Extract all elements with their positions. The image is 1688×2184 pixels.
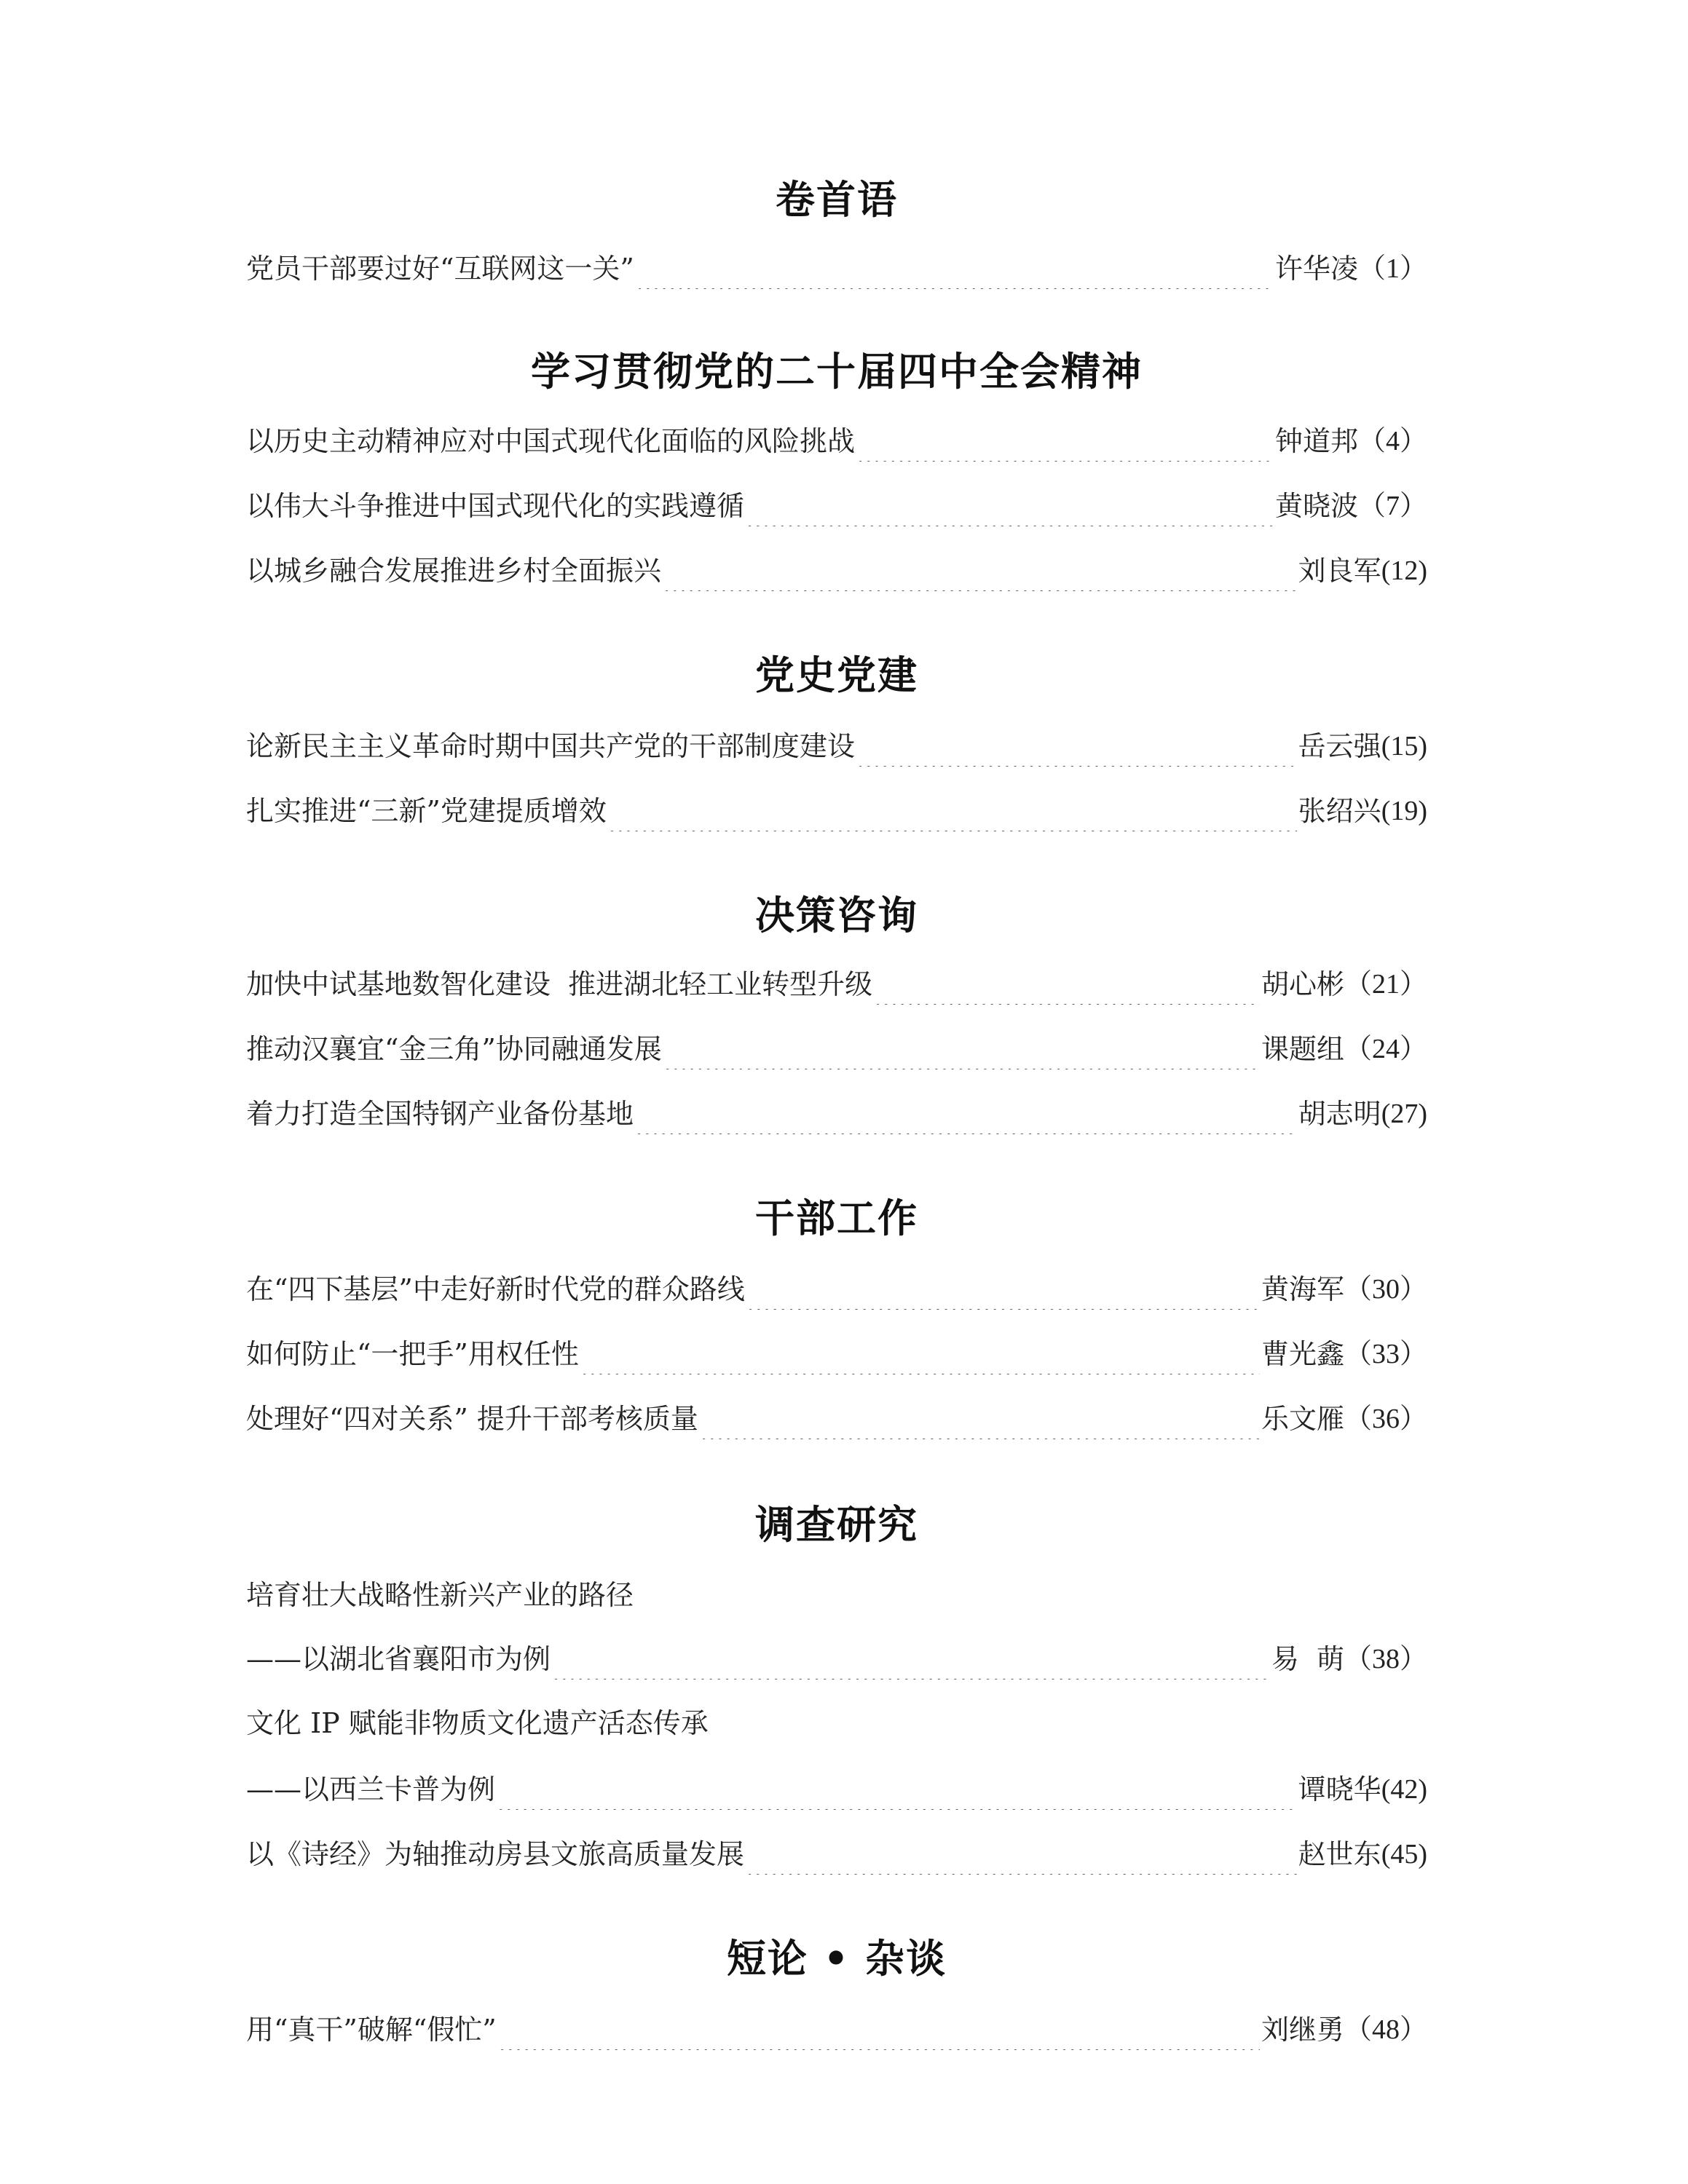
entry-author: 曹光鑫 bbox=[1261, 1334, 1344, 1374]
section-heading-plenary-spirit: 学习贯彻党的二十届四中全会精神 bbox=[246, 347, 1427, 397]
entry-title: 在“四下基层”中走好新时代党的群众路线 bbox=[246, 1269, 745, 1310]
entry-page-number: （24） bbox=[1344, 1029, 1427, 1069]
dot-leader bbox=[663, 1029, 1260, 1069]
toc-entry[interactable]: 扎实推进“三新”党建提质增效 张绍兴 (19) bbox=[246, 791, 1427, 831]
dot-leader bbox=[856, 726, 1297, 767]
entry-author: 赵世东 bbox=[1298, 1834, 1381, 1875]
entry-page-number: （38） bbox=[1344, 1639, 1427, 1679]
toc-entry[interactable]: 党员干部要过好“互联网这一关” 许华凌 （1） bbox=[246, 248, 1427, 289]
entry-title: 以《诗经》为轴推动房县文旅高质量发展 bbox=[246, 1834, 744, 1875]
entry-author: 易 萌 bbox=[1271, 1639, 1344, 1679]
entry-page-number: （4） bbox=[1358, 421, 1427, 462]
entry-title: 以伟大斗争推进中国式现代化的实践遵循 bbox=[246, 486, 744, 526]
entry-title: 培育壮大战略性新兴产业的路径 bbox=[246, 1575, 634, 1615]
dot-leader bbox=[874, 964, 1260, 1005]
entry-page-number: （1） bbox=[1358, 248, 1427, 289]
dot-leader bbox=[663, 550, 1297, 591]
toc-entry[interactable]: 以《诗经》为轴推动房县文旅高质量发展 赵世东 (45) bbox=[246, 1834, 1427, 1875]
entry-author: 胡心彬 bbox=[1261, 964, 1344, 1005]
toc-entry-title-line[interactable]: 培育壮大战略性新兴产业的路径 bbox=[246, 1575, 1427, 1615]
table-of-contents-page: 卷首语 党员干部要过好“互联网这一关” 许华凌 （1） 学习贯彻党的二十届四中全… bbox=[0, 0, 1688, 2184]
dot-leader bbox=[746, 1834, 1297, 1875]
entry-page-number: （21） bbox=[1344, 964, 1427, 1005]
entry-title: 以历史主动精神应对中国式现代化面临的风险挑战 bbox=[246, 421, 855, 462]
entry-page-number: （36） bbox=[1344, 1398, 1427, 1439]
entry-author: 岳云强 bbox=[1298, 726, 1381, 767]
section-heading-short-essays: 短论 • 杂谈 bbox=[246, 1934, 1427, 1985]
toc-entry[interactable]: 以历史主动精神应对中国式现代化面临的风险挑战 钟道邦 （4） bbox=[246, 421, 1427, 462]
entry-page-number: (45) bbox=[1381, 1834, 1427, 1875]
toc-entry-subtitle-line[interactable]: ——以湖北省襄阳市为例 易 萌 （38） bbox=[246, 1639, 1427, 1679]
toc-entry[interactable]: 如何防止“一把手”用权任性 曹光鑫 （33） bbox=[246, 1334, 1427, 1374]
entry-title: 着力打造全国特钢产业备份基地 bbox=[246, 1093, 634, 1134]
entry-author: 许华凌 bbox=[1275, 248, 1358, 289]
entry-title: 以城乡融合发展推进乡村全面振兴 bbox=[246, 550, 661, 591]
entry-page-number: (42) bbox=[1381, 1769, 1427, 1810]
entry-author: 刘良军 bbox=[1298, 550, 1381, 591]
entry-author: 课题组 bbox=[1261, 1029, 1344, 1069]
entry-title: 扎实推进“三新”党建提质增效 bbox=[246, 791, 607, 831]
entry-title: 党员干部要过好“互联网这一关” bbox=[246, 248, 634, 289]
dot-leader bbox=[580, 1334, 1260, 1374]
dot-leader bbox=[552, 1639, 1270, 1679]
toc-entry[interactable]: 以伟大斗争推进中国式现代化的实践遵循 黄晓波 （7） bbox=[246, 486, 1427, 526]
toc-entry[interactable]: 论新民主主义革命时期中国共产党的干部制度建设 岳云强 (15) bbox=[246, 726, 1427, 767]
toc-entry[interactable]: 以城乡融合发展推进乡村全面振兴 刘良军 (12) bbox=[246, 550, 1427, 591]
entry-author: 胡志明 bbox=[1298, 1093, 1381, 1134]
toc-entry[interactable]: 用“真干”破解“假忙” 刘继勇 （48） bbox=[246, 2009, 1427, 2050]
section-heading-foreword: 卷首语 bbox=[246, 175, 1427, 226]
dot-leader bbox=[746, 486, 1274, 526]
dot-leader bbox=[497, 1769, 1297, 1810]
entry-subtitle: ——以西兰卡普为例 bbox=[246, 1769, 495, 1810]
entry-page-number: (19) bbox=[1381, 791, 1427, 831]
entry-title: 推动汉襄宜“金三角”协同融通发展 bbox=[246, 1029, 662, 1069]
dot-leader bbox=[498, 2009, 1260, 2050]
entry-author: 谭晓华 bbox=[1298, 1769, 1381, 1810]
toc-entry[interactable]: 推动汉襄宜“金三角”协同融通发展 课题组 （24） bbox=[246, 1029, 1427, 1069]
toc-entry[interactable]: 处理好“四对关系” 提升干部考核质量 乐文雁 （36） bbox=[246, 1398, 1427, 1439]
entry-page-number: （33） bbox=[1344, 1334, 1427, 1374]
entry-author: 刘继勇 bbox=[1261, 2009, 1344, 2050]
dot-leader bbox=[856, 421, 1274, 462]
section-heading-cadre-work: 干部工作 bbox=[246, 1193, 1427, 1244]
section-heading-policy-consulting: 决策咨询 bbox=[246, 890, 1427, 941]
dot-leader bbox=[700, 1398, 1260, 1439]
entry-author: 钟道邦 bbox=[1275, 421, 1358, 462]
dot-leader bbox=[636, 248, 1274, 289]
entry-page-number: （7） bbox=[1358, 486, 1427, 526]
toc-entry-subtitle-line[interactable]: ——以西兰卡普为例 谭晓华 (42) bbox=[246, 1769, 1427, 1810]
toc-entry[interactable]: 着力打造全国特钢产业备份基地 胡志明 (27) bbox=[246, 1093, 1427, 1134]
entry-page-number: （30） bbox=[1344, 1269, 1427, 1310]
entry-author: 乐文雁 bbox=[1261, 1398, 1344, 1439]
toc-entry-title-line[interactable]: 文化 IP 赋能非物质文化遗产活态传承 bbox=[246, 1703, 1427, 1744]
entry-page-number: （48） bbox=[1344, 2009, 1427, 2050]
entry-subtitle: ——以湖北省襄阳市为例 bbox=[246, 1639, 551, 1679]
entry-author: 张绍兴 bbox=[1298, 791, 1381, 831]
entry-title: 论新民主主义革命时期中国共产党的干部制度建设 bbox=[246, 726, 855, 767]
entry-page-number: (27) bbox=[1381, 1093, 1427, 1134]
entry-title: 如何防止“一把手”用权任性 bbox=[246, 1334, 579, 1374]
entry-title: 处理好“四对关系” 提升干部考核质量 bbox=[246, 1398, 698, 1439]
dot-leader bbox=[635, 1093, 1297, 1134]
dot-leader bbox=[746, 1269, 1260, 1310]
entry-title: 用“真干”破解“假忙” bbox=[246, 2009, 497, 2050]
entry-title: 加快中试基地数智化建设 推进湖北轻工业转型升级 bbox=[246, 964, 872, 1005]
section-heading-investigation-research: 调查研究 bbox=[246, 1500, 1427, 1551]
entry-page-number: (12) bbox=[1381, 550, 1427, 591]
section-heading-party-history: 党史党建 bbox=[246, 650, 1427, 701]
dot-leader bbox=[608, 791, 1297, 831]
entry-title: 文化 IP 赋能非物质文化遗产活态传承 bbox=[246, 1703, 709, 1744]
entry-page-number: (15) bbox=[1381, 726, 1427, 767]
entry-author: 黄海军 bbox=[1261, 1269, 1344, 1310]
toc-entry[interactable]: 加快中试基地数智化建设 推进湖北轻工业转型升级 胡心彬 （21） bbox=[246, 964, 1427, 1005]
toc-entry[interactable]: 在“四下基层”中走好新时代党的群众路线 黄海军 （30） bbox=[246, 1269, 1427, 1310]
entry-author: 黄晓波 bbox=[1275, 486, 1358, 526]
